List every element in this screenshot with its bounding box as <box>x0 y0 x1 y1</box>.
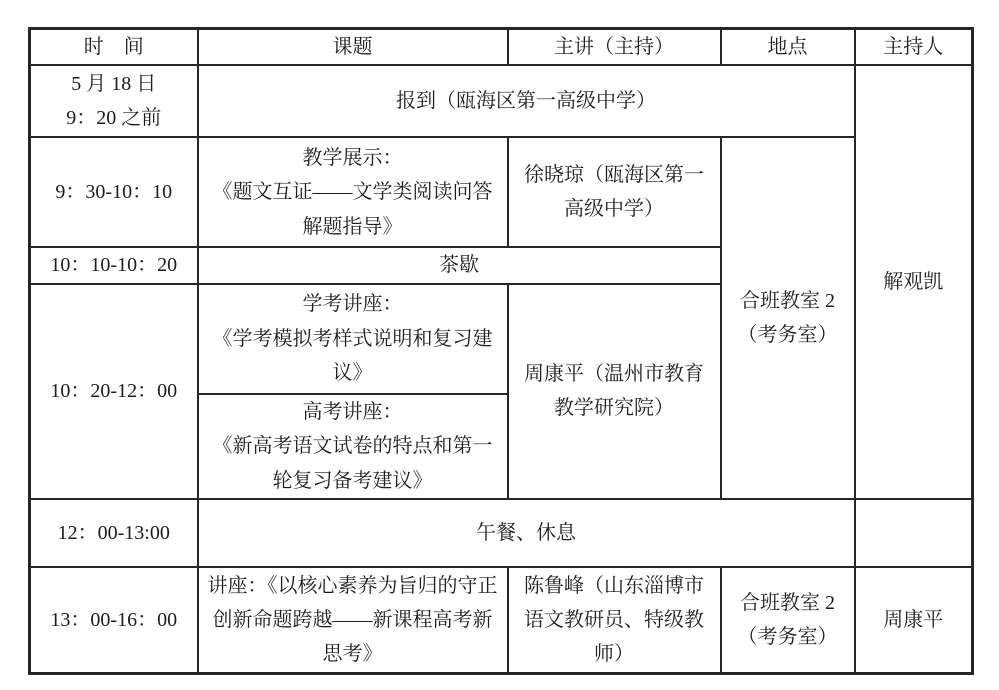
cell-registration-activity: 报到（瓯海区第一高级中学） <box>198 65 855 137</box>
cell-afternoon-lecture-host: 周康平 <box>855 567 973 674</box>
cell-afternoon-lecture-speaker: 陈鲁峰（山东淄博市语文教研员、特级教师） <box>508 567 721 674</box>
cell-morning-location: 合班教室 2 （考务室） <box>721 137 855 499</box>
row-registration: 5 月 18 日 9：20 之前 报到（瓯海区第一高级中学） 解观凯 <box>30 65 973 137</box>
cell-morning-lectures-time: 10：20-12：00 <box>30 284 198 499</box>
row-afternoon-lecture: 13：00-16：00 讲座：《以核心素养为旨归的守正创新命题跨越——新课程高考… <box>30 567 973 674</box>
cell-teaching-demo-topic: 教学展示： 《题文互证——文学类阅读问答解题指导》 <box>198 137 508 247</box>
cell-afternoon-lecture-time: 13：00-16：00 <box>30 567 198 674</box>
header-cell-time: 时 间 <box>30 29 198 66</box>
cell-lunch-activity: 午餐、休息 <box>198 499 855 567</box>
cell-tea-break-time: 10：10-10：20 <box>30 247 198 283</box>
cell-lunch-host-empty <box>855 499 973 567</box>
cell-afternoon-lecture-location: 合班教室 2 （考务室） <box>721 567 855 674</box>
schedule-table: 时 间 课题 主讲（主持） 地点 主持人 5 月 18 日 9：20 之前 报到… <box>28 27 974 675</box>
row-teaching-demo: 9：30-10：10 教学展示： 《题文互证——文学类阅读问答解题指导》 徐晓琼… <box>30 137 973 247</box>
cell-morning-lectures-topic-xuekao: 学考讲座： 《学考模拟考样式说明和复习建议》 <box>198 284 508 394</box>
cell-morning-lectures-topic-gaokao: 高考讲座： 《新高考语文试卷的特点和第一轮复习备考建议》 <box>198 394 508 499</box>
cell-registration-time: 5 月 18 日 9：20 之前 <box>30 65 198 137</box>
header-cell-speaker: 主讲（主持） <box>508 29 721 66</box>
header-cell-topic: 课题 <box>198 29 508 66</box>
document-page: 时 间 课题 主讲（主持） 地点 主持人 5 月 18 日 9：20 之前 报到… <box>0 0 999 690</box>
cell-morning-host: 解观凯 <box>855 65 973 499</box>
cell-lunch-time: 12：00-13:00 <box>30 499 198 567</box>
header-cell-host: 主持人 <box>855 29 973 66</box>
cell-morning-lectures-speaker: 周康平（温州市教育教学研究院） <box>508 284 721 499</box>
header-row: 时 间 课题 主讲（主持） 地点 主持人 <box>30 29 973 66</box>
row-lunch: 12：00-13:00 午餐、休息 <box>30 499 973 567</box>
cell-teaching-demo-speaker: 徐晓琼（瓯海区第一高级中学） <box>508 137 721 247</box>
cell-teaching-demo-time: 9：30-10：10 <box>30 137 198 247</box>
cell-afternoon-lecture-topic: 讲座：《以核心素养为旨归的守正创新命题跨越——新课程高考新思考》 <box>198 567 508 674</box>
cell-tea-break-activity: 茶歇 <box>198 247 721 283</box>
header-cell-location: 地点 <box>721 29 855 66</box>
